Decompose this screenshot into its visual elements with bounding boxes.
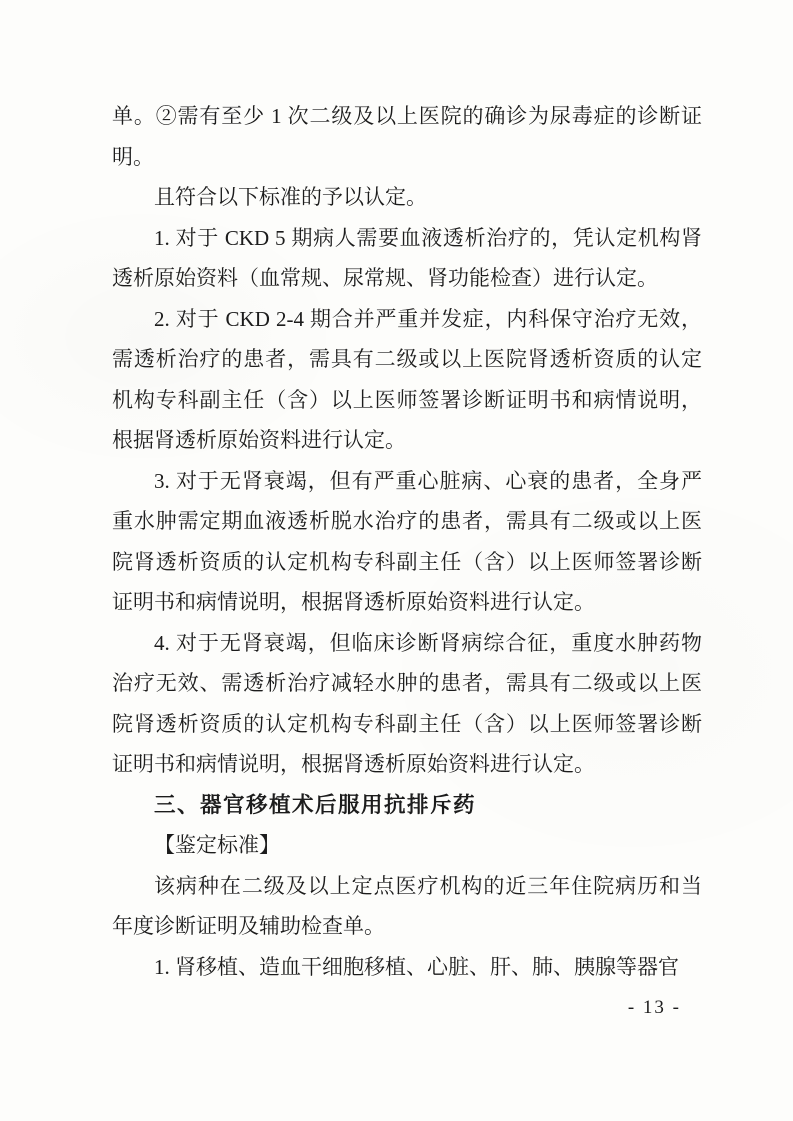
document-page: 单。②需有至少 1 次二级及以上医院的确诊为尿毒症的诊断证明。且符合以下标准的予… [0, 0, 793, 1121]
document-body: 单。②需有至少 1 次二级及以上医院的确诊为尿毒症的诊断证明。且符合以下标准的予… [112, 96, 702, 987]
text-line: 治疗无效、需透析治疗减轻水肿的患者，需具有二级或以上医 [112, 663, 702, 704]
text-line: 2. 对于 CKD 2-4 期合并严重并发症，内科保守治疗无效， [112, 299, 702, 340]
text-line: 机构专科副主任（含）以上医师签署诊断证明书和病情说明， [112, 380, 702, 421]
text-line: 重水肿需定期血液透析脱水治疗的患者，需具有二级或以上医 [112, 501, 702, 542]
text-line: 需透析治疗的患者，需具有二级或以上医院肾透析资质的认定 [112, 339, 702, 380]
text-line: 1. 肾移植、造血干细胞移植、心脏、肝、肺、胰腺等器官 [112, 947, 702, 988]
text-line: 证明书和病情说明，根据肾透析原始资料进行认定。 [112, 744, 702, 785]
text-line: 【鉴定标准】 [112, 825, 702, 866]
text-line: 且符合以下标准的予以认定。 [112, 177, 702, 218]
text-line: 单。②需有至少 1 次二级及以上医院的确诊为尿毒症的诊断证 [112, 96, 702, 137]
text-line: 透析原始资料（血常规、尿常规、肾功能检查）进行认定。 [112, 258, 702, 299]
text-line: 证明书和病情说明，根据肾透析原始资料进行认定。 [112, 582, 702, 623]
text-line: 4. 对于无肾衰竭，但临床诊断肾病综合征，重度水肿药物 [112, 623, 702, 664]
text-line: 明。 [112, 137, 702, 178]
text-line: 1. 对于 CKD 5 期病人需要血液透析治疗的，凭认定机构肾 [112, 218, 702, 259]
page-number: - 13 - [628, 995, 681, 1021]
text-line: 该病种在二级及以上定点医疗机构的近三年住院病历和当 [112, 866, 702, 907]
text-line: 院肾透析资质的认定机构专科副主任（含）以上医师签署诊断 [112, 542, 702, 583]
text-line: 年度诊断证明及辅助检查单。 [112, 906, 702, 947]
text-line: 院肾透析资质的认定机构专科副主任（含）以上医师签署诊断 [112, 704, 702, 745]
text-line: 3. 对于无肾衰竭，但有严重心脏病、心衰的患者，全身严 [112, 461, 702, 502]
text-line: 根据肾透析原始资料进行认定。 [112, 420, 702, 461]
section-heading-line: 三、器官移植术后服用抗排斥药 [112, 785, 702, 826]
